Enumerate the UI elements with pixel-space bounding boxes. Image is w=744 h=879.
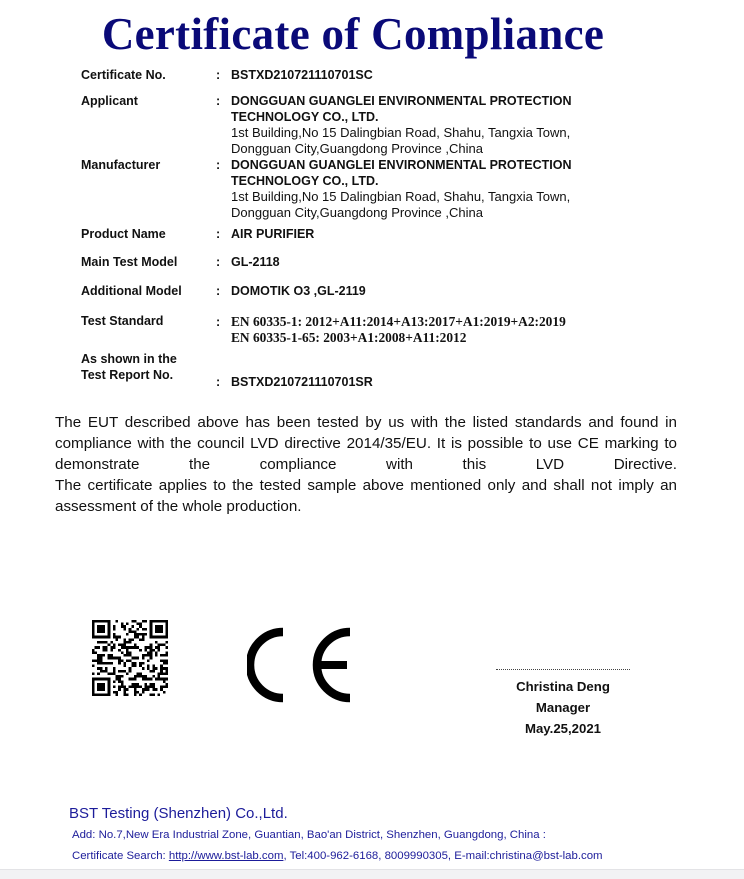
applicant-label: Applicant — [81, 93, 211, 109]
test-standard-line2: EN 60335-1-65: 2003+A1:2008+A11:2012 — [231, 330, 651, 346]
product-name-label: Product Name — [81, 226, 211, 242]
colon: : — [216, 283, 226, 299]
applicant-name-line1: DONGGUAN GUANGLEI ENVIRONMENTAL PROTECTI… — [231, 93, 651, 109]
test-report-label: As shown in the Test Report No. — [81, 351, 211, 383]
colon: : — [216, 254, 226, 270]
certificate-search-label: Certificate Search: — [72, 850, 169, 862]
ce-mark-icon — [247, 627, 354, 703]
manufacturer-value: DONGGUAN GUANGLEI ENVIRONMENTAL PROTECTI… — [231, 157, 651, 221]
colon: : — [216, 93, 226, 109]
manufacturer-label: Manufacturer — [81, 157, 211, 173]
test-report-label-line1: As shown in the — [81, 351, 211, 367]
issuer-contact: Certificate Search: http://www.bst-lab.c… — [72, 850, 603, 862]
statement-paragraph-2: The certificate applies to the tested sa… — [55, 475, 677, 517]
certificate-no-label: Certificate No. — [81, 67, 211, 83]
manufacturer-name-line2: TECHNOLOGY CO., LTD. — [231, 173, 651, 189]
contact-info: , Tel:400-962-6168, 8009990305, E-mail:c… — [283, 850, 602, 862]
additional-model-value: DOMOTIK O3 ,GL-2119 — [231, 283, 651, 299]
manufacturer-address-line2: Dongguan City,Guangdong Province ,China — [231, 205, 651, 221]
test-standard-label: Test Standard — [81, 313, 211, 329]
colon: : — [216, 374, 226, 390]
colon: : — [216, 67, 226, 83]
certificate-no-value: BSTXD210721110701SC — [231, 67, 651, 83]
compliance-statement: The EUT described above has been tested … — [55, 412, 677, 517]
additional-model-label: Additional Model — [81, 283, 211, 299]
colon: : — [216, 314, 226, 330]
statement-paragraph-1: The EUT described above has been tested … — [55, 412, 677, 475]
manufacturer-address-line1: 1st Building,No 15 Dalingbian Road, Shah… — [231, 189, 651, 205]
colon: : — [216, 226, 226, 242]
signature-date: May.25,2021 — [490, 721, 636, 736]
test-standard-line1: EN 60335-1: 2012+A11:2014+A13:2017+A1:20… — [231, 314, 651, 330]
product-name-value: AIR PURIFIER — [231, 226, 651, 242]
viewer-bottom-bar — [0, 869, 744, 879]
test-standard-value: EN 60335-1: 2012+A11:2014+A13:2017+A1:20… — [231, 314, 651, 346]
main-test-model-label: Main Test Model — [81, 254, 211, 270]
certificate-title: Certificate of Compliance — [0, 6, 725, 62]
certificate-search-link[interactable]: http://www.bst-lab.com — [169, 850, 284, 862]
test-report-label-line2: Test Report No. — [81, 367, 211, 383]
signatory-name: Christina Deng — [490, 679, 636, 694]
signature-line — [496, 669, 630, 670]
main-test-model-value: GL-2118 — [231, 254, 651, 270]
applicant-name-line2: TECHNOLOGY CO., LTD. — [231, 109, 651, 125]
manufacturer-name-line1: DONGGUAN GUANGLEI ENVIRONMENTAL PROTECTI… — [231, 157, 651, 173]
applicant-address-line2: Dongguan City,Guangdong Province ,China — [231, 141, 651, 157]
applicant-address-line1: 1st Building,No 15 Dalingbian Road, Shah… — [231, 125, 651, 141]
test-report-value: BSTXD210721110701SR — [231, 374, 651, 390]
colon: : — [216, 157, 226, 173]
applicant-value: DONGGUAN GUANGLEI ENVIRONMENTAL PROTECTI… — [231, 93, 651, 157]
qr-code-icon — [88, 620, 172, 696]
issuer-company-name: BST Testing (Shenzhen) Co.,Ltd. — [69, 805, 288, 822]
signatory-position: Manager — [490, 700, 636, 715]
issuer-address: Add: No.7,New Era Industrial Zone, Guant… — [72, 829, 546, 841]
